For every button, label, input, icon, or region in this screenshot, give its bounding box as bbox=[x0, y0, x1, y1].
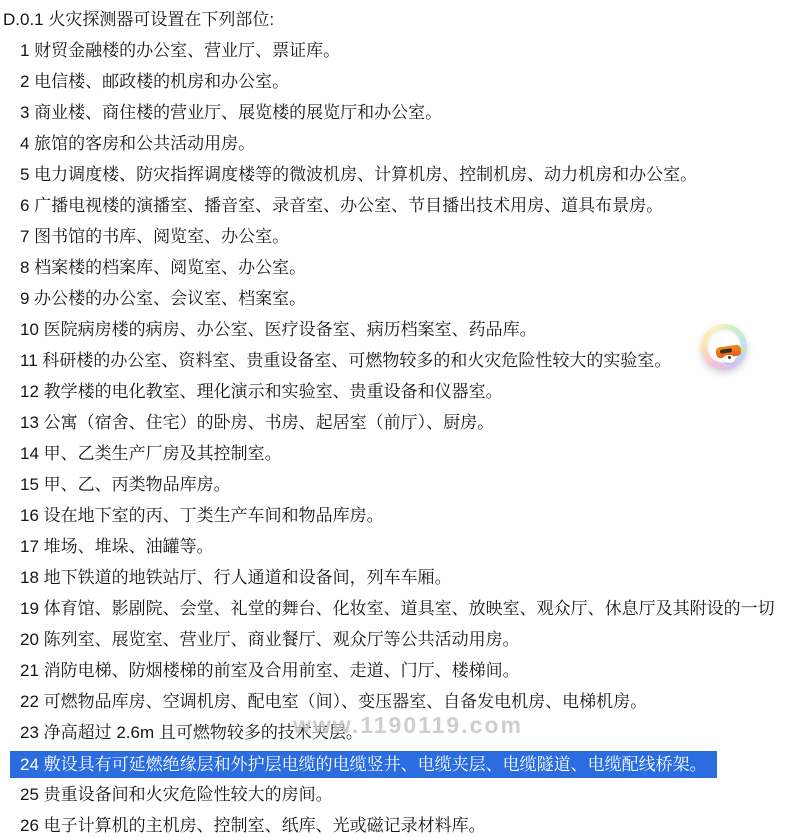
list-item: 8 档案楼的档案库、阅览室、办公室。 bbox=[0, 252, 793, 283]
list-item: 24 敷设具有可延燃绝缘层和外护层电缆的电缆竖井、电缆夹层、电缆隧道、电缆配线桥… bbox=[0, 748, 793, 779]
list-item: 6 广播电视楼的演播室、播音室、录音室、办公室、节目播出技术用房、道具布景房。 bbox=[0, 190, 793, 221]
list-item: 15 甲、乙、丙类物品库房。 bbox=[0, 469, 793, 500]
list-item: 13 公寓（宿舍、住宅）的卧房、书房、起居室（前厅）、厨房。 bbox=[0, 407, 793, 438]
list-item: 26 电子计算机的主机房、控制室、纸库、光或磁记录材料库。 bbox=[0, 810, 793, 836]
section-title: D.0.1 火灾探测器可设置在下列部位: bbox=[3, 10, 793, 35]
list-item: 25 贵重设备间和火灾危险性较大的房间。 bbox=[0, 779, 793, 810]
list-item: 10 医院病房楼的病房、办公室、医疗设备室、病历档案室、药品库。 bbox=[0, 314, 793, 345]
dog-mascot-icon bbox=[707, 329, 741, 363]
list-item: 19 体育馆、影剧院、会堂、礼堂的舞台、化妆室、道具室、放映室、观众厅、休息厅及… bbox=[0, 593, 793, 624]
list-item: 20 陈列室、展览室、营业厅、商业餐厅、观众厅等公共活动用房。 bbox=[0, 624, 793, 655]
list-item: 4 旅馆的客房和公共活动用房。 bbox=[0, 128, 793, 159]
list-item: 9 办公楼的办公室、会议室、档案室。 bbox=[0, 283, 793, 314]
list-item: 3 商业楼、商住楼的营业厅、展览楼的展览厅和办公室。 bbox=[0, 97, 793, 128]
document-content: D.0.1 火灾探测器可设置在下列部位: 1 财贸金融楼的办公室、营业厅、票证库… bbox=[0, 0, 793, 836]
list-item: 1 财贸金融楼的办公室、营业厅、票证库。 bbox=[0, 35, 793, 66]
list-item: 5 电力调度楼、防灾指挥调度楼等的微波机房、计算机房、控制机房、动力机房和办公室… bbox=[0, 159, 793, 190]
selected-text[interactable]: 24 敷设具有可延燃绝缘层和外护层电缆的电缆竖井、电缆夹层、电缆隧道、电缆配线桥… bbox=[10, 751, 717, 778]
list-item: 11 科研楼的办公室、资料室、贵重设备室、可燃物较多的和火灾危险性较大的实验室。 bbox=[0, 345, 793, 376]
list-item: 23 净高超过 2.6m 且可燃物较多的技术夹层。 bbox=[0, 717, 793, 748]
item-list: 1 财贸金融楼的办公室、营业厅、票证库。2 电信楼、邮政楼的机房和办公室。3 商… bbox=[0, 35, 793, 836]
list-item: 21 消防电梯、防烟楼梯的前室及合用前室、走道、门厅、楼梯间。 bbox=[0, 655, 793, 686]
document-page: D.0.1 火灾探测器可设置在下列部位: 1 财贸金融楼的办公室、营业厅、票证库… bbox=[0, 0, 793, 836]
site-logo-badge[interactable] bbox=[701, 324, 747, 370]
list-item: 2 电信楼、邮政楼的机房和办公室。 bbox=[0, 66, 793, 97]
list-item: 22 可燃物品库房、空调机房、配电室（间）、变压器室、自备发电机房、电梯机房。 bbox=[0, 686, 793, 717]
list-item: 17 堆场、堆垛、油罐等。 bbox=[0, 531, 793, 562]
list-item: 14 甲、乙类生产厂房及其控制室。 bbox=[0, 438, 793, 469]
list-item: 18 地下铁道的地铁站厅、行人通道和设备间，列车车厢。 bbox=[0, 562, 793, 593]
list-item: 7 图书馆的书库、阅览室、办公室。 bbox=[0, 221, 793, 252]
dog-nose-icon bbox=[728, 356, 731, 359]
list-item: 16 设在地下室的丙、丁类生产车间和物品库房。 bbox=[0, 500, 793, 531]
list-item: 12 教学楼的电化教室、理化演示和实验室、贵重设备和仪器室。 bbox=[0, 376, 793, 407]
